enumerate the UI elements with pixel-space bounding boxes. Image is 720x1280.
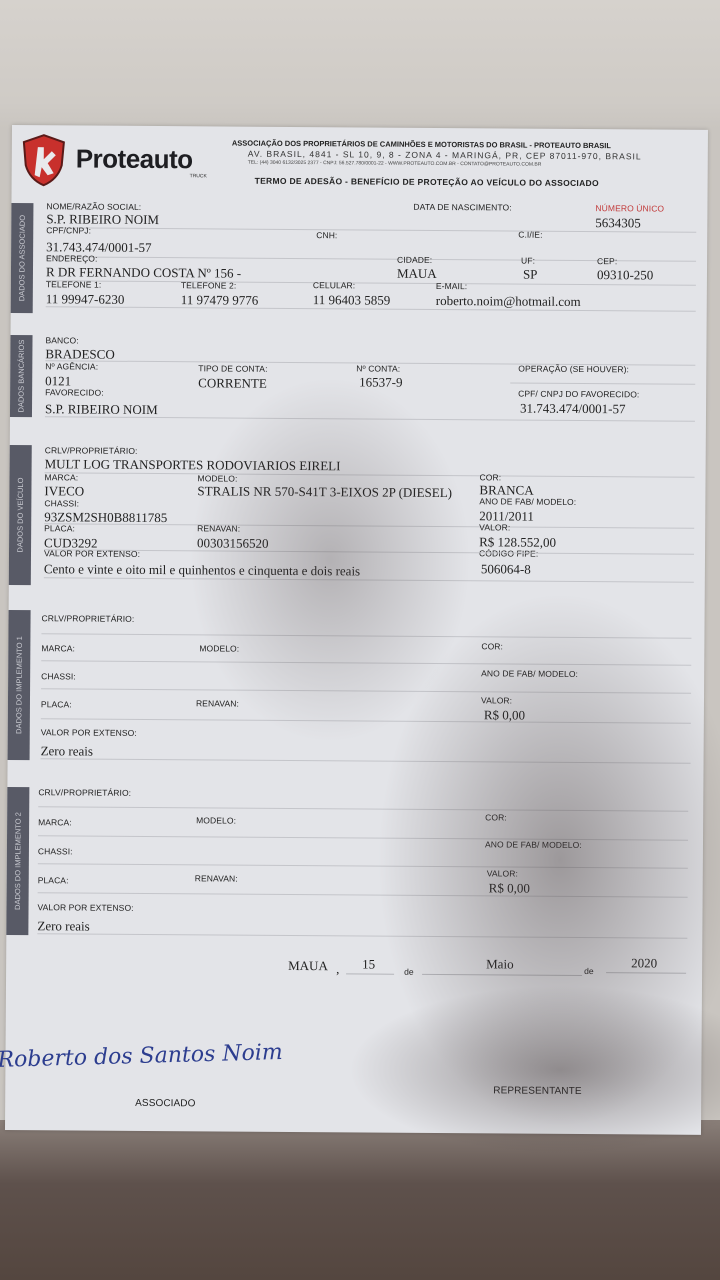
nome-label: NOME/RAZÃO SOCIAL: [46, 201, 141, 212]
valor-label: VALOR: [479, 522, 510, 532]
modelo-label: MODELO: [198, 473, 238, 483]
footer-comma: , [336, 961, 339, 977]
footer-year[interactable]: 2020 [631, 955, 657, 971]
representante-label: REPRESENTANTE [493, 1085, 581, 1097]
renavan-field[interactable]: 00303156520 [197, 535, 269, 551]
footer-de-2: de [584, 966, 594, 976]
conta-field[interactable]: 16537-9 [359, 374, 402, 390]
section-label-implemento-2: DADOS DO IMPLEMENTO 2 [6, 787, 29, 935]
impl1-modelo-label: MODELO: [199, 643, 239, 653]
footer-month[interactable]: Maio [486, 956, 514, 972]
impl1-renavan-label: RENAVAN: [196, 698, 239, 708]
uf-label: UF: [521, 256, 535, 266]
impl2-chassi-label: CHASSI: [38, 846, 73, 856]
modelo-field[interactable]: STRALIS NR 570-S41T 3-EIXOS 2P (DIESEL) [197, 483, 452, 501]
associado-signature: Roberto dos Santos Noim [0, 1040, 283, 1073]
impl1-crlv-label: CRLV/PROPRIETÁRIO: [42, 613, 135, 624]
section-label-bancarios: DADOS BANCÁRIOS [10, 335, 33, 417]
tel2-label: TELEFONE 2: [181, 280, 236, 290]
celular-label: CELULAR: [313, 280, 355, 290]
numero-unico-label: NÚMERO ÚNICO [595, 203, 664, 213]
impl2-valor-field[interactable]: R$ 0,00 [489, 880, 530, 896]
endereco-label: ENDEREÇO: [46, 253, 98, 263]
table-surface [0, 1120, 720, 1280]
impl1-extenso-field[interactable]: Zero reais [41, 743, 93, 759]
impl1-chassi-label: CHASSI: [41, 671, 76, 681]
numero-unico-field[interactable]: 5634305 [595, 215, 641, 231]
brand-name: Proteauto [76, 143, 193, 175]
impl1-cor-label: COR: [481, 641, 503, 651]
fipe-field[interactable]: 506064-8 [481, 561, 531, 577]
membership-form-sheet: Proteauto TRUCK ASSOCIAÇÃO DOS PROPRIETÁ… [5, 125, 708, 1135]
ci-label: C.I/IE: [518, 230, 542, 240]
cor-label: COR: [480, 472, 502, 482]
association-contact: TEL: (44) 3040 6132/3025 2377 - CNPJ: 56… [248, 160, 542, 168]
footer-day[interactable]: 15 [362, 956, 375, 972]
email-label: E-MAIL: [436, 281, 467, 291]
impl2-modelo-label: MODELO: [196, 815, 236, 825]
cidade-label: CIDADE: [397, 255, 432, 265]
agencia-label: Nº AGÊNCIA: [45, 361, 98, 371]
cnh-label: CNH: [316, 230, 337, 240]
impl2-extenso-label: VALOR POR EXTENSO: [38, 902, 134, 913]
impl1-placa-label: PLACA: [41, 699, 72, 709]
favorecido-label: FAVORECIDO: [45, 387, 104, 397]
tipo-conta-field[interactable]: CORRENTE [198, 375, 267, 391]
uf-field[interactable]: SP [523, 267, 538, 283]
footer-de-1: de [404, 967, 414, 977]
brand-sub: TRUCK [190, 173, 207, 179]
ano-label: ANO DE FAB/ MODELO: [479, 496, 576, 507]
tel2-field[interactable]: 11 97479 9776 [181, 292, 259, 309]
operacao-label: OPERAÇÃO (SE HOUVER): [518, 364, 629, 375]
tel1-label: TELEFONE 1: [46, 279, 101, 289]
nascimento-label: DATA DE NASCIMENTO: [413, 202, 511, 213]
footer-city[interactable]: MAUA [288, 958, 328, 974]
renavan-label: RENAVAN: [197, 523, 240, 533]
section-label-implemento-1: DADOS DO IMPLEMENTO 1 [8, 610, 31, 760]
associado-label: ASSOCIADO [135, 1098, 195, 1109]
cpf-favorecido-field[interactable]: 31.743.474/0001-57 [520, 401, 626, 418]
marca-field[interactable]: IVECO [44, 483, 84, 499]
celular-field[interactable]: 11 96403 5859 [313, 292, 391, 309]
conta-label: Nº CONTA: [356, 363, 400, 373]
impl2-valor-label: VALOR: [487, 868, 518, 878]
impl2-extenso-field[interactable]: Zero reais [37, 918, 89, 934]
impl2-cor-label: COR: [485, 812, 507, 822]
proteauto-shield-logo-icon [20, 133, 68, 187]
impl2-crlv-label: CRLV/PROPRIETÁRIO: [38, 787, 131, 798]
cep-field[interactable]: 09310-250 [597, 267, 653, 283]
placa-label: PLACA: [44, 523, 75, 533]
impl1-valor-label: VALOR: [481, 695, 512, 705]
impl1-marca-label: MARCA: [41, 643, 75, 653]
chassi-label: CHASSI: [44, 498, 79, 508]
marca-label: MARCA: [45, 472, 79, 482]
section-label-associado: DADOS DO ASSOCIADO [11, 203, 34, 313]
impl2-ano-label: ANO DE FAB/ MODELO: [485, 839, 582, 850]
crlv-label: CRLV/PROPRIETÁRIO: [45, 445, 138, 456]
tipo-conta-label: TIPO DE CONTA: [198, 363, 267, 373]
email-field[interactable]: roberto.noim@hotmail.com [436, 293, 581, 310]
cep-label: CEP: [597, 256, 617, 266]
impl1-extenso-label: VALOR POR EXTENSO: [41, 727, 137, 738]
banco-label: BANCO: [45, 335, 78, 345]
impl2-renavan-label: RENAVAN: [195, 873, 238, 883]
tel1-field[interactable]: 11 99947-6230 [46, 291, 125, 308]
cidade-field[interactable]: MAUA [397, 266, 437, 282]
extenso-label: VALOR POR EXTENSO: [44, 548, 140, 559]
cpf-favorecido-label: CPF/ CNPJ DO FAVORECIDO: [518, 389, 639, 400]
section-label-veiculo: DADOS DO VEÍCULO [9, 445, 32, 585]
impl2-marca-label: MARCA: [38, 817, 72, 827]
cpf-label: CPF/CNPJ: [46, 225, 91, 235]
form-title: TERMO DE ADESÃO - BENEFÍCIO DE PROTEÇÃO … [255, 176, 599, 188]
impl2-placa-label: PLACA: [38, 875, 69, 885]
impl1-ano-label: ANO DE FAB/ MODELO: [481, 668, 578, 679]
